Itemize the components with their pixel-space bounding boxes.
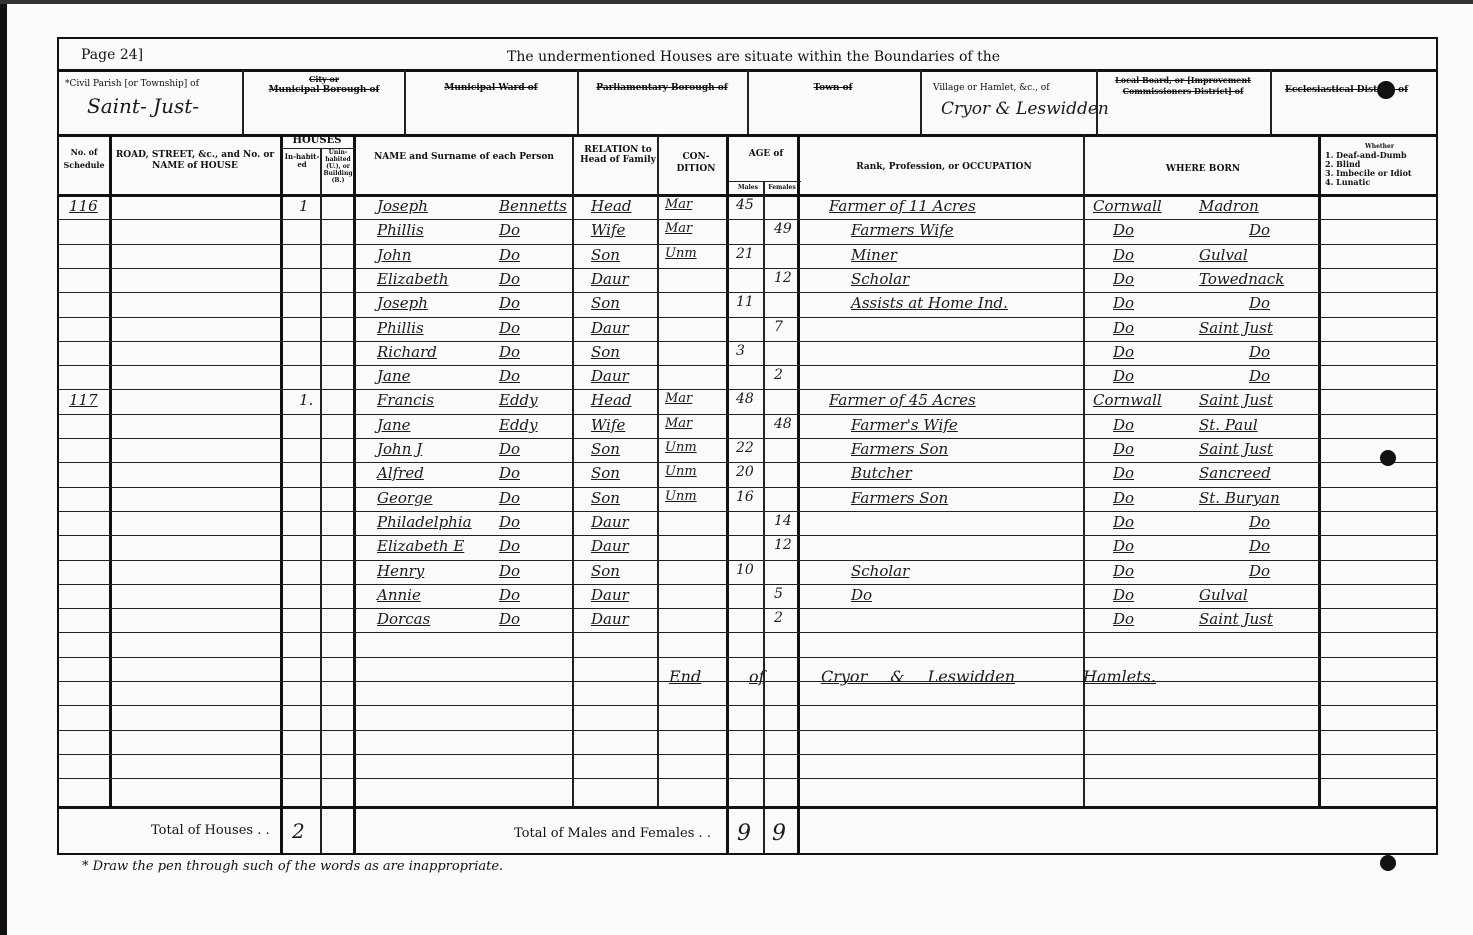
- infirmity-4: 4. Lunatic: [1325, 178, 1370, 187]
- female-age-cell: 12: [774, 537, 792, 553]
- occupation-cell: Farmer of 11 Acres: [829, 197, 976, 215]
- punch-hole: [1380, 855, 1396, 871]
- parish-cell: Saint Just: [1199, 610, 1273, 628]
- end-note-condition: End: [669, 667, 701, 686]
- county-cell: Do: [1113, 537, 1134, 555]
- total-houses-value: 2: [292, 819, 305, 843]
- parish-cell: Saint Just: [1199, 319, 1273, 337]
- parish-cell: Saint Just: [1199, 391, 1273, 409]
- surname-cell: Do: [499, 367, 520, 385]
- parish-cell: Gulval: [1199, 586, 1248, 604]
- female-age-cell: 12: [774, 270, 792, 286]
- female-age-cell: 5: [774, 586, 783, 602]
- surname-cell: Do: [499, 464, 520, 482]
- parish-cell: Madron: [1199, 197, 1259, 215]
- city-label: City or: [249, 74, 399, 84]
- name-cell: John: [377, 246, 411, 264]
- col-condition-header: CON-DITION: [669, 151, 723, 175]
- divider: [59, 806, 1436, 809]
- divider: [404, 70, 406, 134]
- male-age-cell: 16: [736, 489, 754, 505]
- county-cell: Do: [1113, 586, 1134, 604]
- relation-cell: Son: [591, 440, 620, 458]
- table-row: JosephDoSon11Assists at Home Ind.DoDo: [59, 294, 1436, 318]
- male-age-cell: 20: [736, 464, 754, 480]
- parish-cell: Saint Just: [1199, 440, 1273, 458]
- surname-cell: Eddy: [499, 391, 538, 409]
- surname-cell: Do: [499, 270, 520, 288]
- divider: [729, 181, 801, 182]
- county-cell: Do: [1113, 464, 1134, 482]
- divider: [577, 70, 579, 134]
- county-cell: Do: [1113, 562, 1134, 580]
- county-cell: Do: [1113, 367, 1134, 385]
- municipal-borough-label: Municipal Borough of: [249, 85, 399, 95]
- name-cell: Dorcas: [377, 610, 430, 628]
- parish-cell: Do: [1249, 343, 1270, 361]
- name-cell: George: [377, 489, 433, 507]
- relation-cell: Daur: [591, 610, 629, 628]
- county-cell: Cornwall: [1093, 391, 1162, 409]
- table-row: 1171.FrancisEddyHeadMar48Farmer of 45 Ac…: [59, 391, 1436, 415]
- occupation-cell: Farmers Son: [851, 489, 948, 507]
- relation-cell: Head: [591, 391, 632, 409]
- condition-cell: Unm: [665, 246, 697, 261]
- name-cell: Jane: [377, 367, 411, 385]
- relation-cell: Daur: [591, 319, 629, 337]
- relation-cell: Son: [591, 294, 620, 312]
- parish-cell: Gulval: [1199, 246, 1248, 264]
- county-cell: Do: [1113, 294, 1134, 312]
- occupation-cell: Farmer's Wife: [851, 416, 958, 434]
- surname-cell: Do: [499, 440, 520, 458]
- surname-cell: Bennetts: [499, 197, 567, 215]
- table-row: PhillisDoWifeMar49Farmers WifeDoDo: [59, 221, 1436, 245]
- census-page: Page 24] The undermentioned Houses are s…: [57, 37, 1438, 855]
- ink-blot: [1377, 81, 1395, 99]
- female-age-cell: 14: [774, 513, 792, 529]
- col-name-header: NAME and Surname of each Person: [369, 151, 559, 163]
- table-row: DorcasDoDaur2DoSaint Just: [59, 610, 1436, 634]
- county-cell: Do: [1113, 489, 1134, 507]
- surname-cell: Do: [499, 610, 520, 628]
- row-line: [59, 754, 1436, 755]
- condition-cell: Unm: [665, 489, 697, 504]
- surname-cell: Do: [499, 489, 520, 507]
- surname-cell: Do: [499, 513, 520, 531]
- condition-cell: Mar: [665, 416, 692, 431]
- occupation-cell: Miner: [851, 246, 897, 264]
- name-cell: Jane: [377, 416, 411, 434]
- relation-cell: Son: [591, 343, 620, 361]
- female-age-cell: 7: [774, 319, 783, 335]
- table-row: AlfredDoSonUnm20ButcherDoSancreed: [59, 464, 1436, 488]
- male-age-cell: 11: [736, 294, 754, 310]
- inhabited-cell: 1.: [299, 391, 313, 409]
- name-cell: Elizabeth: [377, 270, 449, 288]
- divider: [920, 70, 922, 134]
- row-line: [59, 657, 1436, 658]
- col-males-header: Males: [732, 184, 764, 192]
- total-houses-label: Total of Houses . .: [151, 823, 270, 838]
- occupation-cell: Farmers Son: [851, 440, 948, 458]
- county-cell: Do: [1113, 440, 1134, 458]
- col-relation-header: RELATION to Head of Family: [577, 145, 659, 165]
- female-age-cell: 48: [774, 416, 792, 432]
- relation-cell: Daur: [591, 270, 629, 288]
- end-note-age: of: [749, 667, 765, 686]
- table-row: ElizabethDoDaur12ScholarDoTowednack: [59, 270, 1436, 294]
- female-age-cell: 49: [774, 221, 792, 237]
- end-note-where-born: Hamlets.: [1083, 667, 1156, 686]
- parish-cell: Sancreed: [1199, 464, 1271, 482]
- table-row: 1161JosephBennettsHeadMar45Farmer of 11 …: [59, 197, 1436, 221]
- condition-cell: Mar: [665, 221, 692, 236]
- occupation-cell: Farmer of 45 Acres: [829, 391, 976, 409]
- surname-cell: Eddy: [499, 416, 538, 434]
- name-cell: Phillis: [377, 221, 424, 239]
- name-cell: Phillis: [377, 319, 424, 337]
- col-age-header: AGE of: [735, 149, 797, 160]
- relation-cell: Head: [591, 197, 632, 215]
- name-cell: Richard: [377, 343, 437, 361]
- parish-cell: Do: [1249, 537, 1270, 555]
- relation-cell: Son: [591, 562, 620, 580]
- relation-cell: Son: [591, 489, 620, 507]
- table-row: PhillisDoDaur7DoSaint Just: [59, 319, 1436, 343]
- table-row: JaneDoDaur2DoDo: [59, 367, 1436, 391]
- table-row: PhiladelphiaDoDaur14DoDo: [59, 513, 1436, 537]
- relation-cell: Daur: [591, 537, 629, 555]
- parish-cell: Do: [1249, 221, 1270, 239]
- surname-cell: Do: [499, 221, 520, 239]
- commissioners-district-label: Commissioners District] of: [1099, 86, 1267, 96]
- relation-cell: Wife: [591, 221, 625, 239]
- inhabited-cell: 1: [299, 197, 309, 215]
- divider: [747, 70, 749, 134]
- table-row: HenryDoSon10ScholarDoDo: [59, 562, 1436, 586]
- table-row: GeorgeDoSonUnm16Farmers SonDoSt. Buryan: [59, 489, 1436, 513]
- parish-cell: St. Paul: [1199, 416, 1258, 434]
- occupation-cell: Butcher: [851, 464, 912, 482]
- county-cell: Do: [1113, 319, 1134, 337]
- surname-cell: Do: [499, 319, 520, 337]
- parish-cell: Towednack: [1199, 270, 1284, 288]
- village-hamlet-label: Village or Hamlet, &c., of: [933, 83, 1050, 93]
- female-age-cell: 2: [774, 610, 783, 626]
- table-row: Elizabeth EDoDaur12DoDo: [59, 537, 1436, 561]
- county-cell: Do: [1113, 270, 1134, 288]
- surname-cell: Do: [499, 246, 520, 264]
- total-persons-label: Total of Males and Females . .: [514, 826, 711, 841]
- table-row: RichardDoSon3DoDo: [59, 343, 1436, 367]
- table-row: JaneEddyWifeMar48Farmer's WifeDoSt. Paul: [59, 416, 1436, 440]
- relation-cell: Daur: [591, 367, 629, 385]
- occupation-cell: Farmers Wife: [851, 221, 954, 239]
- parliamentary-borough-label: Parliamentary Borough of: [581, 83, 743, 93]
- row-line: [59, 730, 1436, 731]
- scan-edge-top: [0, 0, 1473, 4]
- col-houses-header: HOUSES: [282, 137, 352, 145]
- name-cell: Henry: [377, 562, 424, 580]
- male-age-cell: 45: [736, 197, 754, 213]
- parish-cell: St. Buryan: [1199, 489, 1280, 507]
- col-inhabited-header: In-habit-ed: [283, 153, 321, 169]
- divider: [281, 148, 353, 149]
- row-line: [59, 705, 1436, 706]
- footnote: * Draw the pen through such of the words…: [82, 859, 503, 874]
- surname-cell: Do: [499, 586, 520, 604]
- condition-cell: Mar: [665, 391, 692, 406]
- relation-cell: Son: [591, 464, 620, 482]
- total-males-value: 9: [737, 821, 751, 846]
- divider: [242, 70, 244, 134]
- county-cell: Do: [1113, 416, 1134, 434]
- municipal-ward-label: Municipal Ward of: [411, 83, 571, 93]
- col-where-born-header: WHERE BORN: [1089, 165, 1317, 173]
- schedule-cell: 116: [69, 197, 98, 215]
- parish-cell: Do: [1249, 513, 1270, 531]
- page-label: Page 24]: [81, 47, 143, 63]
- surname-cell: Do: [499, 343, 520, 361]
- end-note-occupation: Cryor & Leswidden: [821, 667, 1015, 686]
- occupation-cell: Scholar: [851, 562, 909, 580]
- parish-cell: Do: [1249, 294, 1270, 312]
- condition-cell: Unm: [665, 440, 697, 455]
- county-cell: Do: [1113, 221, 1134, 239]
- parish-cell: Do: [1249, 367, 1270, 385]
- punch-hole: [1380, 450, 1396, 466]
- male-age-cell: 21: [736, 246, 754, 262]
- male-age-cell: 22: [736, 440, 754, 456]
- table-row: John JDoSonUnm22Farmers SonDoSaint Just: [59, 440, 1436, 464]
- occupation-cell: Scholar: [851, 270, 909, 288]
- relation-cell: Daur: [591, 513, 629, 531]
- surname-cell: Do: [499, 294, 520, 312]
- page-banner: The undermentioned Houses are situate wi…: [507, 49, 1000, 65]
- name-cell: John J: [377, 440, 422, 458]
- male-age-cell: 48: [736, 391, 754, 407]
- schedule-cell: 117: [69, 391, 98, 409]
- town-label: Town of: [753, 83, 913, 93]
- county-cell: Do: [1113, 513, 1134, 531]
- county-cell: Cornwall: [1093, 197, 1162, 215]
- col-schedule-header: No. of Schedule: [61, 146, 107, 172]
- col-uninhabited-header: Unin-habited (U.), or Building (B.): [323, 149, 353, 184]
- parish-cell: Do: [1249, 562, 1270, 580]
- occupation-cell: Do: [851, 586, 872, 604]
- county-cell: Do: [1113, 610, 1134, 628]
- relation-cell: Wife: [591, 416, 625, 434]
- name-cell: Francis: [377, 391, 434, 409]
- total-females-value: 9: [772, 821, 786, 846]
- county-cell: Do: [1113, 246, 1134, 264]
- civil-parish-label: *Civil Parish [or Township] of: [65, 79, 199, 89]
- col-females-header: Females: [765, 184, 799, 192]
- divider: [59, 134, 1436, 137]
- scan-edge: [0, 0, 7, 935]
- name-cell: Philadelphia: [377, 513, 472, 531]
- male-age-cell: 10: [736, 562, 754, 578]
- relation-cell: Son: [591, 246, 620, 264]
- col-road-header: ROAD, STREET, &c., and No. or NAME of HO…: [115, 150, 275, 172]
- table-row: AnnieDoDaur5DoDoGulval: [59, 586, 1436, 610]
- col-occupation-header: Rank, Profession, or OCCUPATION: [804, 163, 1084, 171]
- surname-cell: Do: [499, 537, 520, 555]
- condition-cell: Mar: [665, 197, 692, 212]
- divider: [1270, 70, 1272, 134]
- male-age-cell: 3: [736, 343, 745, 359]
- female-age-cell: 2: [774, 367, 783, 383]
- name-cell: Joseph: [377, 294, 428, 312]
- occupation-cell: Assists at Home Ind.: [851, 294, 1008, 312]
- relation-cell: Daur: [591, 586, 629, 604]
- village-hamlet-value: Cryor & Leswidden: [941, 99, 1109, 119]
- row-line: [59, 778, 1436, 779]
- surname-cell: Do: [499, 562, 520, 580]
- table-row: JohnDoSonUnm21MinerDoGulval: [59, 246, 1436, 270]
- name-cell: Annie: [377, 586, 421, 604]
- civil-parish-value: Saint- Just-: [87, 94, 199, 118]
- name-cell: Elizabeth E: [377, 537, 464, 555]
- name-cell: Joseph: [377, 197, 428, 215]
- condition-cell: Unm: [665, 464, 697, 479]
- name-cell: Alfred: [377, 464, 424, 482]
- local-board-label: Local Board, or [Improvement: [1099, 75, 1267, 85]
- county-cell: Do: [1113, 343, 1134, 361]
- row-line: [59, 681, 1436, 682]
